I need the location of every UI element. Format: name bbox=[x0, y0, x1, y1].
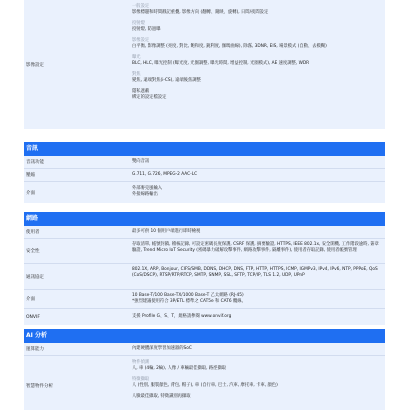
row-label: 介面 bbox=[24, 182, 130, 203]
row-label: 運算能力 bbox=[24, 343, 130, 355]
row-label: 介面 bbox=[24, 290, 130, 308]
row-value: 外部麥克風輸入 外接線路輸出 bbox=[130, 182, 385, 203]
section-header: AI 分析 bbox=[24, 329, 385, 343]
row-label: 音訊功能 bbox=[24, 156, 130, 168]
table-row: 介面 10 Base-T/100 Base-TX/1000 Base-T 乙太網… bbox=[24, 290, 385, 309]
spec-group: 人臉最佳擷取, 特徵識別再擷取 bbox=[132, 394, 383, 400]
table-row: 安全性 存取清單, 帳號封鎖, 稽核記錄, 可設定密碼長度保護, CSRF 保護… bbox=[24, 239, 385, 264]
spec-group: 對焦變焦, 遠端對焦(i-CS), 遠端後焦調整 bbox=[132, 72, 383, 84]
row-label: 影像設定 bbox=[24, 0, 130, 129]
spec-group: 特徵擷取人 (性別, 服裝顏色, 背包, 帽子), 車 (自行車, 巴士, 汽車… bbox=[132, 377, 383, 389]
spec-group: 投射燈投射燈, 防過曝 bbox=[132, 21, 383, 33]
group-desc: 變焦, 遠端對焦(i-CS), 遠端後焦調整 bbox=[132, 78, 383, 84]
table-row: 使用者 最多可供 10 個用戶端進行即時檢視 bbox=[24, 226, 385, 239]
row-value: 10 Base-T/100 Base-TX/1000 Base-T 乙太網路 (… bbox=[130, 290, 385, 308]
group-desc: 投射燈, 防過曝 bbox=[132, 27, 383, 33]
spec-group: 一般設定影像標題和時間戳記重疊, 影像方向 (翻轉、鏡映、旋轉), 日間/夜間設… bbox=[132, 4, 383, 16]
group-desc: 人, 車 (4輪, 2輪), 人像 / 車輛最佳擷取, 路徑擷取 bbox=[132, 366, 383, 372]
audio-section: 音訊 音訊功能 雙向音訊 壓縮 G.711, G.726, MPEG-2 AAC… bbox=[24, 142, 385, 203]
table-row: ONVIF 支援 Profile G、S、T，規格請參閱 www.onvif.o… bbox=[24, 309, 385, 325]
row-label: 使用者 bbox=[24, 226, 130, 238]
group-desc: 人臉最佳擷取, 特徵識別再擷取 bbox=[132, 394, 383, 400]
table-row: 壓縮 G.711, G.726, MPEG-2 AAC-LC bbox=[24, 169, 385, 182]
group-desc: BLC, HLC, 曝光控制 (曝光度, 光圈調整, 曝光時間, 增益控制, 光… bbox=[132, 61, 383, 67]
group-desc: 影像標題和時間戳記重疊, 影像方向 (翻轉、鏡映、旋轉), 日間/夜間設定 bbox=[132, 10, 383, 16]
table-row: 介面 外部麥克風輸入 外接線路輸出 bbox=[24, 182, 385, 203]
row-value: 最多可供 10 個用戶端進行即時檢視 bbox=[130, 226, 385, 238]
table-row: 智慧物件分析 物件偵測人, 車 (4輪, 2輪), 人像 / 車輛最佳擷取, 路… bbox=[24, 356, 385, 410]
row-label: 智慧物件分析 bbox=[24, 356, 130, 410]
spec-group: 影像設定白平衡, 影像調整 (亮度, 對比, 飽和度, 銳利度, 伽瑪曲線), … bbox=[132, 38, 383, 50]
table-row: 音訊功能 雙向音訊 bbox=[24, 156, 385, 169]
row-value: 支援 Profile G、S、T，規格請參閱 www.onvif.org bbox=[130, 309, 385, 325]
group-desc: 白平衡, 影像調整 (亮度, 對比, 飽和度, 銳利度, 伽瑪曲線), 除霧, … bbox=[132, 44, 383, 50]
row-label: 安全性 bbox=[24, 239, 130, 263]
row-value: 物件偵測人, 車 (4輪, 2輪), 人像 / 車輛最佳擷取, 路徑擷取 特徵擷… bbox=[130, 356, 385, 410]
group-desc: 隱私遮蔽 綁定的設定檔設定 bbox=[132, 89, 383, 101]
group-desc: 人 (性別, 服裝顏色, 背包, 帽子), 車 (自行車, 巴士, 汽車, 摩托… bbox=[132, 383, 383, 389]
network-section: 網路 使用者 最多可供 10 個用戶端進行即時檢視 安全性 存取清單, 帳號封鎖… bbox=[24, 212, 385, 325]
table-row: 運算能力 內建硬體深度學習加速器的SoC bbox=[24, 343, 385, 356]
section-header: 網路 bbox=[24, 212, 385, 226]
row-value: 802.1X, ARP, Bonjour, CIFS/SMB, DDNS, DH… bbox=[130, 264, 385, 289]
row-label: ONVIF bbox=[24, 309, 130, 325]
row-value: 一般設定影像標題和時間戳記重疊, 影像方向 (翻轉、鏡映、旋轉), 日間/夜間設… bbox=[130, 0, 385, 129]
section-header: 音訊 bbox=[24, 142, 385, 156]
ai-section: AI 分析 運算能力 內建硬體深度學習加速器的SoC 智慧物件分析 物件偵測人,… bbox=[24, 329, 385, 410]
row-value: G.711, G.726, MPEG-2 AAC-LC bbox=[130, 169, 385, 181]
row-value: 內建硬體深度學習加速器的SoC bbox=[130, 343, 385, 355]
video-settings-section: 影像設定 一般設定影像標題和時間戳記重疊, 影像方向 (翻轉、鏡映、旋轉), 日… bbox=[24, 0, 385, 129]
spec-group: 曝光BLC, HLC, 曝光控制 (曝光度, 光圈調整, 曝光時間, 增益控制,… bbox=[132, 55, 383, 67]
row-label: 通訊協定 bbox=[24, 264, 130, 289]
spec-group: 隱私遮蔽 綁定的設定檔設定 bbox=[132, 89, 383, 101]
row-value: 雙向音訊 bbox=[130, 156, 385, 168]
spec-document: 影像設定 一般設定影像標題和時間戳記重疊, 影像方向 (翻轉、鏡映、旋轉), 日… bbox=[24, 0, 385, 410]
row-value: 存取清單, 帳號封鎖, 稽核記錄, 可設定密碼長度保護, CSRF 保護, 摘要… bbox=[130, 239, 385, 263]
table-row: 影像設定 一般設定影像標題和時間戳記重疊, 影像方向 (翻轉、鏡映、旋轉), 日… bbox=[24, 0, 385, 129]
table-row: 通訊協定 802.1X, ARP, Bonjour, CIFS/SMB, DDN… bbox=[24, 264, 385, 290]
spec-group: 物件偵測人, 車 (4輪, 2輪), 人像 / 車輛最佳擷取, 路徑擷取 bbox=[132, 360, 383, 372]
row-label: 壓縮 bbox=[24, 169, 130, 181]
